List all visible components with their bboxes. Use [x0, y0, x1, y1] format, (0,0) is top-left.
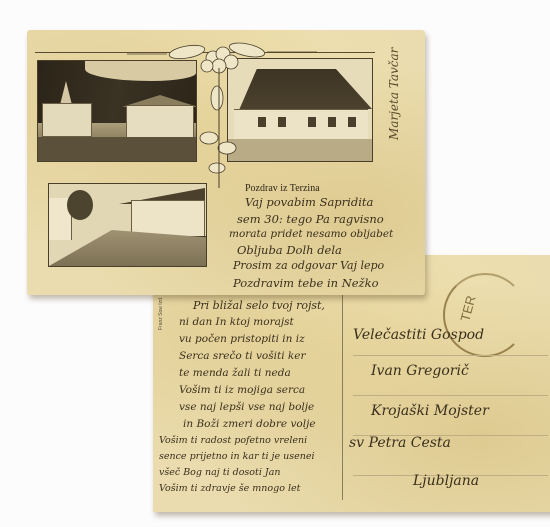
- message-line: Pozdravim tebe in Nežko: [233, 276, 379, 290]
- message-line: Vošim ti zdravje še mnogo let: [159, 483, 300, 494]
- address-line: Ivan Gregorič: [371, 363, 469, 379]
- message-line: in Boži zmeri dobre volje: [183, 418, 316, 430]
- address-divider: [342, 295, 343, 500]
- message-line: Pri bližal selo tvoj rojst,: [193, 299, 325, 312]
- postmark-stamp-icon: TER: [443, 273, 527, 357]
- message-line: Obljuba Dolh dela: [237, 243, 342, 257]
- message-line: Vošim ti radost pofetno vreleni: [159, 435, 307, 446]
- message-line: te menda žali ti neda: [179, 367, 291, 379]
- message-line: sem 30: tego Pa ragvisno: [237, 212, 384, 226]
- address-line: Krojaški Mojster: [371, 403, 489, 419]
- message-line: sence prijetno in kar ti je usenei: [159, 451, 315, 462]
- postcard-front: Marjeta Tavčar Pozdrav iz Terzina Vaj po…: [27, 30, 425, 295]
- greeting-title: Pozdrav iz Terzina: [245, 183, 320, 194]
- message-line: Prosim za odgovar Vaj lepo: [233, 259, 384, 272]
- message-line: morata pridet nesamo obljabet: [229, 228, 393, 240]
- message-line: vse naj lepši vse naj bolje: [179, 401, 314, 413]
- message-line: Vošim ti iz mojiga serca: [179, 384, 305, 396]
- signature: Marjeta Tavčar: [387, 48, 401, 140]
- photo-church-and-house: [37, 60, 197, 162]
- message-line: vu počen pristopiti in iz: [179, 333, 305, 345]
- frame-line: [35, 52, 375, 53]
- address-rule: [353, 355, 548, 356]
- address-rule: [353, 395, 548, 396]
- message-line: Vaj povabim Sapridita: [245, 195, 373, 209]
- message-line: všeč Bog naj ti dosoti Jan: [159, 467, 281, 478]
- address-line: Ljubljana: [413, 473, 479, 489]
- address-line: sv Petra Cesta: [349, 435, 451, 451]
- message-line: Serca srečo ti vošiti ker: [179, 350, 306, 362]
- photo-inn: [227, 58, 373, 162]
- message-line: ni dan In ktoj morajst: [179, 316, 294, 328]
- photo-village-street: [48, 183, 207, 267]
- postmark-text: TER: [457, 294, 478, 323]
- address-line: Velečastiti Gospod: [353, 327, 484, 343]
